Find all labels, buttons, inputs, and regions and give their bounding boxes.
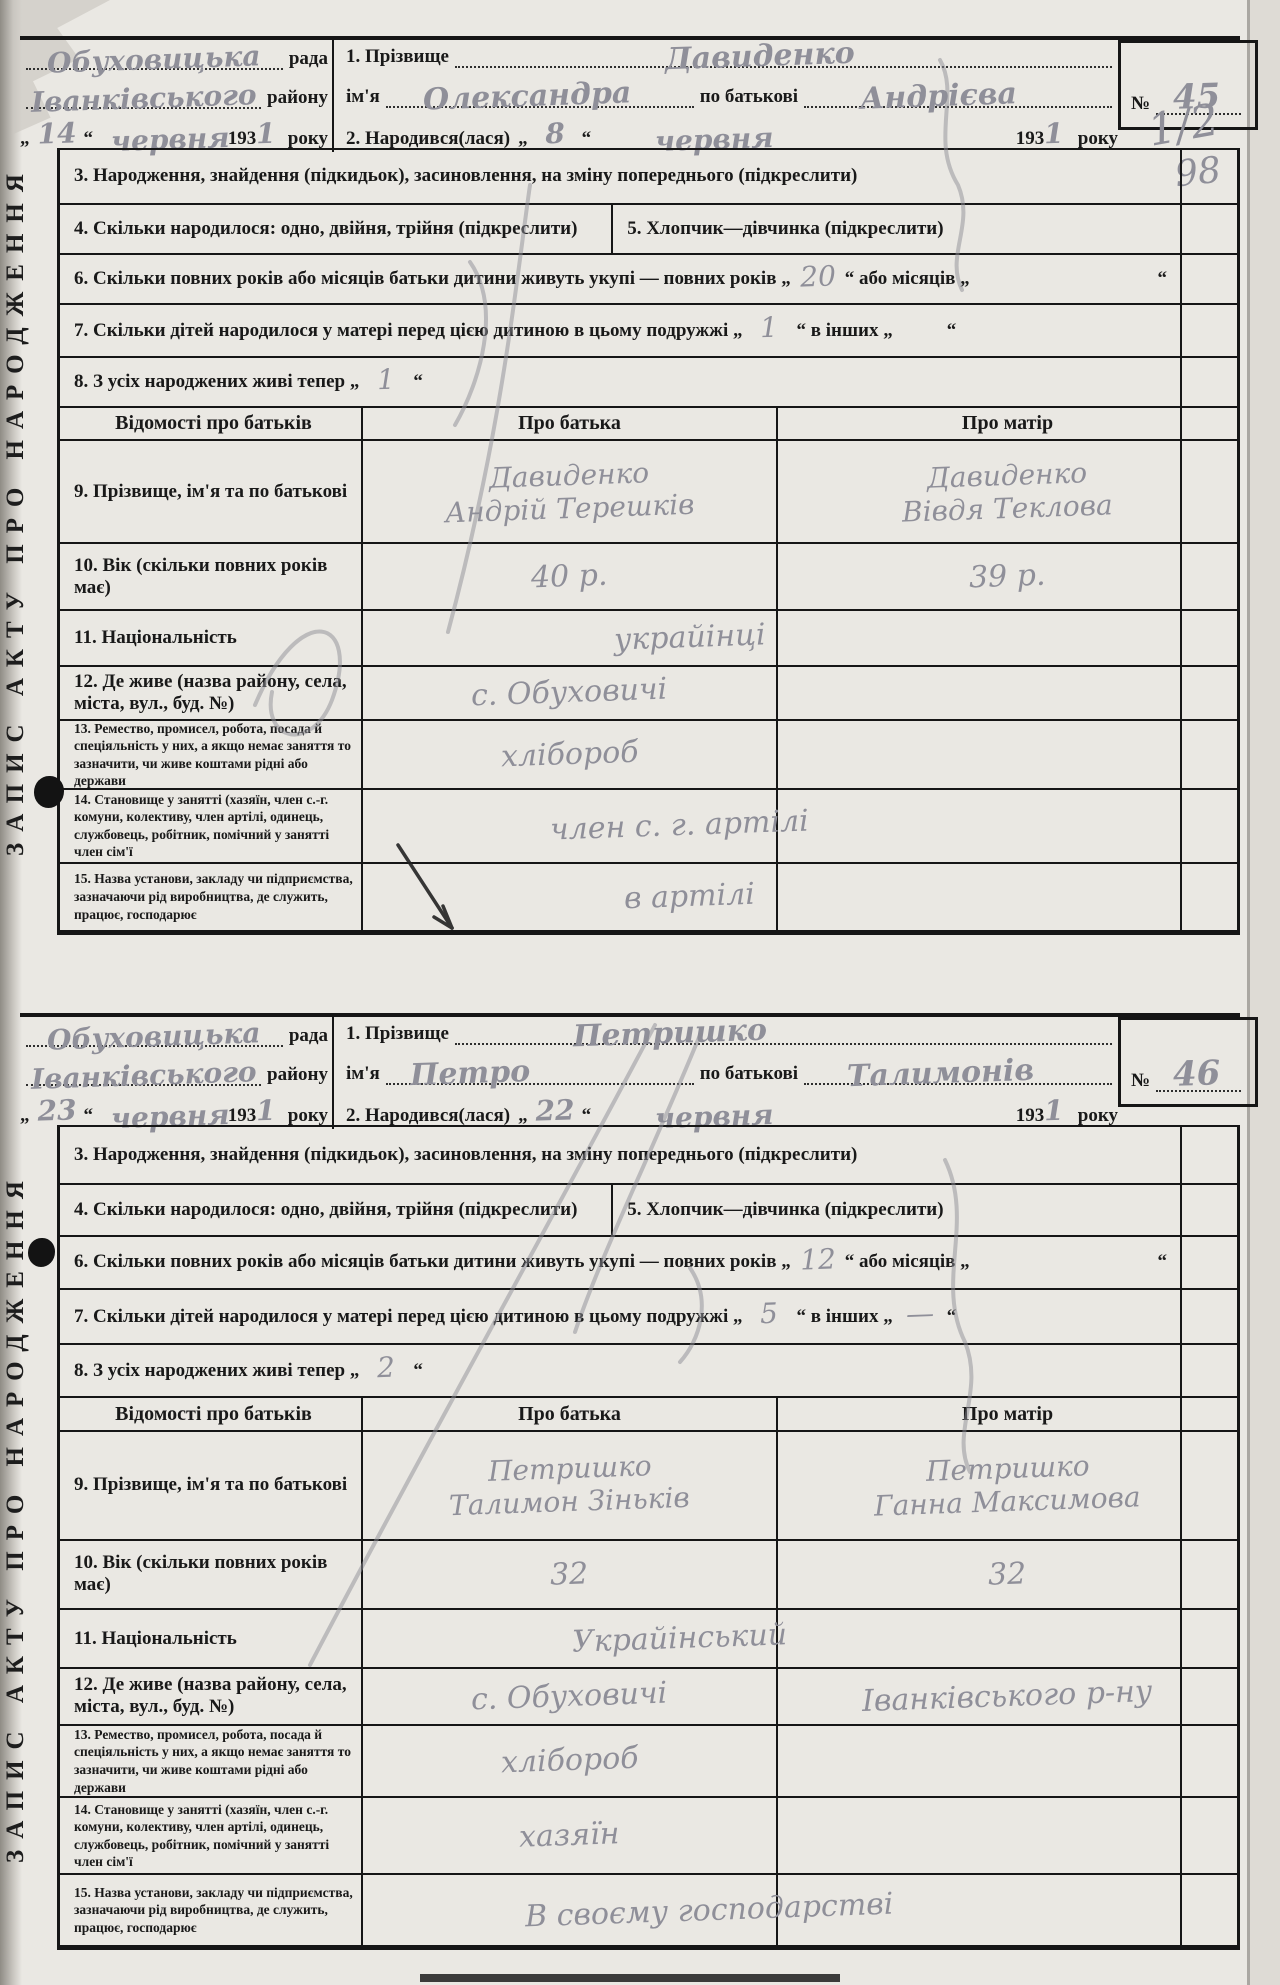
nationality-cell: украйінці [363,611,778,665]
reg-year-digit: 1 [256,117,277,151]
born-label: 2. Народився(лася) [346,128,510,150]
children-other-value: — [892,1296,947,1331]
row-item11: 11. Національність украйінці [60,611,1237,667]
children-before-value: 1 [742,310,797,345]
open-quote: „ [20,128,30,150]
occupation-cell-mother [778,1726,1237,1797]
row-item3: 3. Народження, знайдення (підкидьок), за… [60,1127,1237,1185]
mother-given: Вівдя Теклова [902,488,1114,528]
col-parents-label: Відомості про батьків [115,412,312,435]
item14-label: 14. Становище у занятті (хазяїн, член с.… [74,1801,353,1871]
reg-date-line: „ 23 “ червня 193 1 року [20,1100,328,1127]
open-quote: „ [518,128,528,150]
patronymic-field: Андрієва [804,84,1112,108]
item15-label-cell: 15. Назва установи, закладу чи підприємс… [60,864,363,930]
item9-label: 9. Прізвище, ім'я та по батькові [74,1474,347,1496]
col-mother-header: Про матір [778,1398,1237,1430]
close-quote: “ [84,128,94,150]
alive-now-value: 2 [359,1350,414,1385]
birth-month-field: червня [597,126,1010,150]
name-field: Петро [386,1061,694,1085]
item7-label: 7. Скільки дітей народилося у матері пер… [74,1306,742,1328]
father-name-cell: Давиденко Андрій Терешків [363,441,778,542]
item13-label: 13. Ремество, промисел, робота, посада й… [74,720,353,790]
col-mother-label: Про матір [962,1403,1053,1426]
item12-label-cell: 12. Де живе (назва району, села, міста, … [60,667,363,719]
district-label: району [267,1064,328,1086]
row-item15: 15. Назва установи, закладу чи підприємс… [60,1875,1237,1945]
row-item6: 6. Скільки повних років або місяців бать… [60,255,1237,305]
council-line: Обуховицька рада [20,46,328,70]
birth-day-value: 22 [527,1093,582,1128]
status-cell: хазяїн [363,1798,778,1873]
item12-label-cell: 12. Де живе (назва району, села, міста, … [60,1669,363,1724]
council-block: Обуховицька рада Іванківського району „ … [20,42,328,150]
item12-label: 12. Де живе (назва району, села, міста, … [74,1674,353,1718]
row-item8: 8. З усіх народжених живі тепер „ 2 “ [60,1345,1237,1398]
occupation-cell: хлібороб [363,721,778,788]
item11-label: 11. Національність [74,1628,237,1650]
institution-value: в артілі [624,877,756,917]
item7-label-b: “ в інших „ [796,1306,892,1328]
status-cell: член с. г. артілі [363,790,778,861]
name-value: Петро [410,1053,531,1092]
item8-label: 8. З усіх народжених живі тепер „ [74,371,359,393]
patronymic-label: по батькові [700,86,798,108]
occupation-cell-mother [778,721,1237,788]
record-number-box: № 46 [1118,1017,1258,1107]
item4-label: 4. Скільки народилося: одно, двійня, трі… [74,218,577,240]
table-header-row: Відомості про батьків Про батька Про мат… [60,408,1237,441]
col-mother-label: Про матір [962,412,1053,435]
district-value: Іванківського [30,78,257,119]
close-quote: “ [413,371,423,393]
years-together-value: 20 [790,259,845,294]
close-quote: “ [1158,268,1168,290]
residence-value: с. Обуховичі [471,1675,668,1717]
father-age-cell: 32 [363,1541,778,1609]
header-band: Обуховицька рада Іванківського району „ … [20,1013,1240,1129]
surname-line: 1. Прізвище Петришко [346,1021,1118,1045]
name-block: 1. Прізвище Давиденко ім'я Олександра по… [346,42,1118,150]
item6-label: 6. Скільки повних років або місяців бать… [74,1251,791,1273]
item4-cell: 4. Скільки народилося: одно, двійня, трі… [60,205,613,253]
patronymic-value: Андрієва [859,76,1017,116]
col-mother-header: Про матір [778,408,1237,439]
council-value: Обуховицька [46,39,261,79]
item4-cell: 4. Скільки народилося: одно, двійня, трі… [60,1185,613,1236]
row-item9: 9. Прізвище, ім'я та по батькові Петришк… [60,1432,1237,1540]
item10-label-cell: 10. Вік (скільки повних років має) [60,1541,363,1609]
patronymic-label: по батькові [700,1063,798,1085]
col-father-header: Про батька [363,408,778,439]
district-line: Іванківського району [20,1062,328,1086]
surname-field: Петришко [455,1021,1112,1045]
status-cell-mother [778,1798,1237,1873]
nationality-cell-mother [778,611,1237,665]
item8-label: 8. З усіх народжених живі тепер „ [74,1360,359,1382]
name-line: ім'я Олександра по батькові Андрієва [346,84,1118,108]
residence-extra-cell: Іванківського р-ну [778,1669,1237,1724]
father-age-cell: 40 р. [363,544,778,609]
reg-date-line: „ 14 “ червня 193 1 року [20,123,328,150]
item3-label: 3. Народження, знайдення (підкидьок), за… [74,1144,857,1166]
col-parents-header: Відомості про батьків [60,408,363,439]
row-item8: 8. З усіх народжених живі тепер „ 1 “ [60,358,1237,408]
row-item12: 12. Де живе (назва району, села, міста, … [60,667,1237,721]
col-parents-header: Відомості про батьків [60,1398,363,1430]
header-band: Обуховицька рада Іванківського району „ … [20,36,1240,152]
item7-label: 7. Скільки дітей народилося у матері пер… [74,320,742,342]
reg-day-value: 14 [29,116,84,151]
status-cell-mother [778,790,1237,861]
roku-label: року [1078,1105,1118,1127]
item11-label: 11. Національність [74,627,237,649]
row-item15: 15. Назва установи, закладу чи підприємс… [60,864,1237,930]
birth-date-line: 2. Народився(лася) „ 8 “ червня 193 1 ро… [346,123,1118,150]
district-field: Іванківського [26,85,261,109]
row-item9: 9. Прізвище, ім'я та по батькові Давиден… [60,441,1237,544]
close-quote: “ [84,1105,94,1127]
row-item7: 7. Скільки дітей народилося у матері пер… [60,305,1237,358]
father-name-cell: Петришко Талимон Зіньків [363,1432,778,1538]
surname-value: Давиденко [665,36,856,78]
row-item4-5: 4. Скільки народилося: одно, двійня, трі… [60,1185,1237,1238]
council-block: Обуховицька рада Іванківського району „ … [20,1019,328,1127]
children-other-value [893,327,947,329]
father-age: 32 [550,1556,589,1592]
nationality-cell: Украйінський [363,1610,778,1667]
record-table: 3. Народження, знайдення (підкидьок), за… [57,148,1240,935]
children-before-value: 5 [742,1296,797,1331]
row-item11: 11. Національність Украйінський [60,1610,1237,1669]
occupation-value: хлібороб [500,735,639,775]
year-prefix: 193 [1016,1105,1045,1127]
open-quote: „ [20,1105,30,1127]
birth-year-digit: 1 [1044,1094,1065,1128]
council-value: Обуховицька [46,1016,261,1056]
birth-record-46: ЗАПИС АКТУ ПРО НАРОДЖЕННЯ Обуховицька ра… [0,1013,1280,1950]
mother-age-cell: 32 [778,1541,1237,1609]
reg-day-value: 23 [29,1093,84,1128]
council-line: Обуховицька рада [20,1023,328,1047]
patronymic-value: Талимонів [847,1052,1035,1094]
surname-value: Петришко [573,1013,768,1055]
institution-cell: В своєму господарстві [363,1875,778,1945]
row-item7: 7. Скільки дітей народилося у матері пер… [60,1290,1237,1346]
record-table: 3. Народження, знайдення (підкидьок), за… [57,1125,1240,1950]
item10-label: 10. Вік (скільки повних років має) [74,1552,353,1596]
residence-value: с. Обуховичі [471,672,668,714]
row-item14: 14. Становище у занятті (хазяїн, член с.… [60,1798,1237,1875]
row-item13: 13. Ремество, промисел, робота, посада й… [60,1726,1237,1799]
name-block: 1. Прізвище Петришко ім'я Петро по батьк… [346,1019,1118,1127]
row-item14: 14. Становище у занятті (хазяїн, член с.… [60,790,1237,863]
birth-date-line: 2. Народився(лася) „ 22 “ червня 193 1 р… [346,1100,1118,1127]
residence-extra-cell [778,667,1237,719]
close-quote: “ [582,1105,592,1127]
mother-surname: Давиденко [927,456,1088,495]
born-label: 2. Народився(лася) [346,1105,510,1127]
reg-month-field: червня [99,126,222,150]
item14-label-cell: 14. Становище у занятті (хазяїн, член с.… [60,790,363,861]
table-header-row: Відомості про батьків Про батька Про мат… [60,1398,1237,1432]
item11-label-cell: 11. Національність [60,1610,363,1667]
item5-label: 5. Хлопчик—дівчинка (підкреслити) [627,1199,943,1221]
name-label: ім'я [346,86,380,108]
header-divider [332,1017,334,1129]
number-value: 46 [1172,1053,1221,1095]
mother-name-cell: Петришко Ганна Максимова [778,1432,1237,1538]
item13-label: 13. Ремество, промисел, робота, посада й… [74,1726,353,1796]
name-value: Олександра [422,75,631,117]
item6-label: 6. Скільки повних років або місяців бать… [74,268,791,290]
council-field: Обуховицька [26,1023,283,1047]
residence-cell: с. Обуховичі [363,1669,778,1724]
header-divider [332,40,334,152]
year-prefix: 193 [228,128,257,150]
father-surname: Давиденко [489,456,650,495]
name-label: ім'я [346,1063,380,1085]
number-label: № [1131,1070,1150,1092]
item15-label-cell: 15. Назва установи, закладу чи підприємс… [60,1875,363,1945]
row-item4-5: 4. Скільки народилося: одно, двійня, трі… [60,205,1237,255]
father-given: Андрій Терешків [444,488,694,530]
item12-label: 12. Де живе (назва району, села, міста, … [74,671,353,715]
item10-label: 10. Вік (скільки повних років має) [74,555,353,599]
birth-record-45: ЗАПИС АКТУ ПРО НАРОДЖЕННЯ Обуховицька ра… [0,36,1280,935]
roku-label: року [288,128,328,150]
surname-field: Давиденко [455,44,1112,68]
bottom-scan-bar [420,1974,840,1982]
vertical-title: ЗАПИС АКТУ ПРО НАРОДЖЕННЯ [2,1143,30,1863]
item5-cell: 5. Хлопчик—дівчинка (підкреслити) [613,205,1237,253]
row-item12: 12. Де живе (назва району, села, міста, … [60,1669,1237,1726]
year-prefix: 193 [1016,128,1045,150]
birth-day-value: 8 [527,116,582,151]
item5-cell: 5. Хлопчик—дівчинка (підкреслити) [613,1185,1237,1236]
council-label: рада [289,1025,328,1047]
item13-label-cell: 13. Ремество, промисел, робота, посада й… [60,1726,363,1797]
status-value: хазяїн [519,1817,621,1855]
surname-label: 1. Прізвище [346,46,449,68]
item14-label-cell: 14. Становище у занятті (хазяїн, член с.… [60,1798,363,1873]
item9-label-cell: 9. Прізвище, ім'я та по батькові [60,1432,363,1538]
name-line: ім'я Петро по батькові Талимонів [346,1061,1118,1085]
close-quote: “ [947,1306,957,1328]
row-item3: 3. Народження, знайдення (підкидьок), за… [60,150,1237,205]
col-father-label: Про батька [518,1403,621,1426]
mother-name-cell: Давиденко Вівдя Теклова [778,441,1237,542]
row-item6: 6. Скільки повних років або місяців бать… [60,1237,1237,1290]
mother-given: Ганна Максимова [874,1481,1142,1523]
roku-label: року [288,1105,328,1127]
row-item10: 10. Вік (скільки повних років має) 40 р.… [60,544,1237,611]
close-quote: “ [1158,1251,1168,1273]
mother-age-cell: 39 р. [778,544,1237,609]
council-field: Обуховицька [26,46,283,70]
occupation-cell: хлібороб [363,1726,778,1797]
birth-year-digit: 1 [1044,117,1065,151]
item6-label-b: “ або місяців „ [845,268,970,290]
council-label: рада [289,48,328,70]
close-quote: “ [582,128,592,150]
year-prefix: 193 [228,1105,257,1127]
vertical-title: ЗАПИС АКТУ ПРО НАРОДЖЕННЯ [2,156,30,856]
residence-extra-value: Іванківського р-ну [862,1674,1153,1719]
item14-label: 14. Становище у занятті (хазяїн, член с.… [74,791,353,861]
name-field: Олександра [386,84,694,108]
close-quote: “ [413,1360,423,1382]
item10-label-cell: 10. Вік (скільки повних років має) [60,544,363,609]
mother-age: 32 [988,1556,1027,1592]
item3-label: 3. Народження, знайдення (підкидьок), за… [74,165,857,187]
nationality-value: Украйінський [571,1617,787,1659]
row-item13: 13. Ремество, промисел, робота, посада й… [60,721,1237,790]
item5-label: 5. Хлопчик—дівчинка (підкреслити) [627,218,943,240]
row-item10: 10. Вік (скільки повних років має) 32 32 [60,1541,1237,1611]
col-parents-label: Відомості про батьків [115,1403,312,1426]
alive-now-value: 1 [359,362,414,397]
residence-cell: с. Обуховичі [363,667,778,719]
item15-label: 15. Назва установи, закладу чи підприємс… [74,870,353,923]
surname-line: 1. Прізвище Давиденко [346,44,1118,68]
institution-cell: в артілі [363,864,778,930]
surname-label: 1. Прізвище [346,1023,449,1045]
institution-cell-mother [778,864,1237,930]
reg-month-field: червня [99,1103,222,1127]
number-field: 46 [1156,1072,1241,1092]
item7-label-b: “ в інших „ [796,320,892,342]
years-together-value: 12 [790,1242,845,1277]
district-value: Іванківського [30,1055,257,1096]
patronymic-field: Талимонів [804,1061,1112,1085]
col-father-header: Про батька [363,1398,778,1430]
status-value: член с. г. артілі [550,804,810,848]
father-given: Талимон Зіньків [449,1481,691,1522]
district-line: Іванківського району [20,85,328,109]
birth-month-field: червня [597,1103,1010,1127]
father-age: 40 р. [531,558,609,596]
item6-label-b: “ або місяців „ [845,1251,970,1273]
item9-label-cell: 9. Прізвище, ім'я та по батькові [60,441,363,542]
reg-year-digit: 1 [256,1094,277,1128]
item13-label-cell: 13. Ремество, промисел, робота, посада й… [60,721,363,788]
nationality-value: украйінці [613,618,766,658]
occupation-value: хлібороб [500,1741,639,1781]
mother-age: 39 р. [969,558,1047,596]
close-quote: “ [947,320,957,342]
item15-label: 15. Назва установи, закладу чи підприємс… [74,1884,353,1937]
district-label: району [267,87,328,109]
roku-label: року [1078,128,1118,150]
nationality-cell-mother [778,1610,1237,1667]
open-quote: „ [518,1105,528,1127]
item4-label: 4. Скільки народилося: одно, двійня, трі… [74,1199,577,1221]
item11-label-cell: 11. Національність [60,611,363,665]
district-field: Іванківського [26,1062,261,1086]
col-father-label: Про батька [518,412,621,435]
item9-label: 9. Прізвище, ім'я та по батькові [74,481,347,503]
